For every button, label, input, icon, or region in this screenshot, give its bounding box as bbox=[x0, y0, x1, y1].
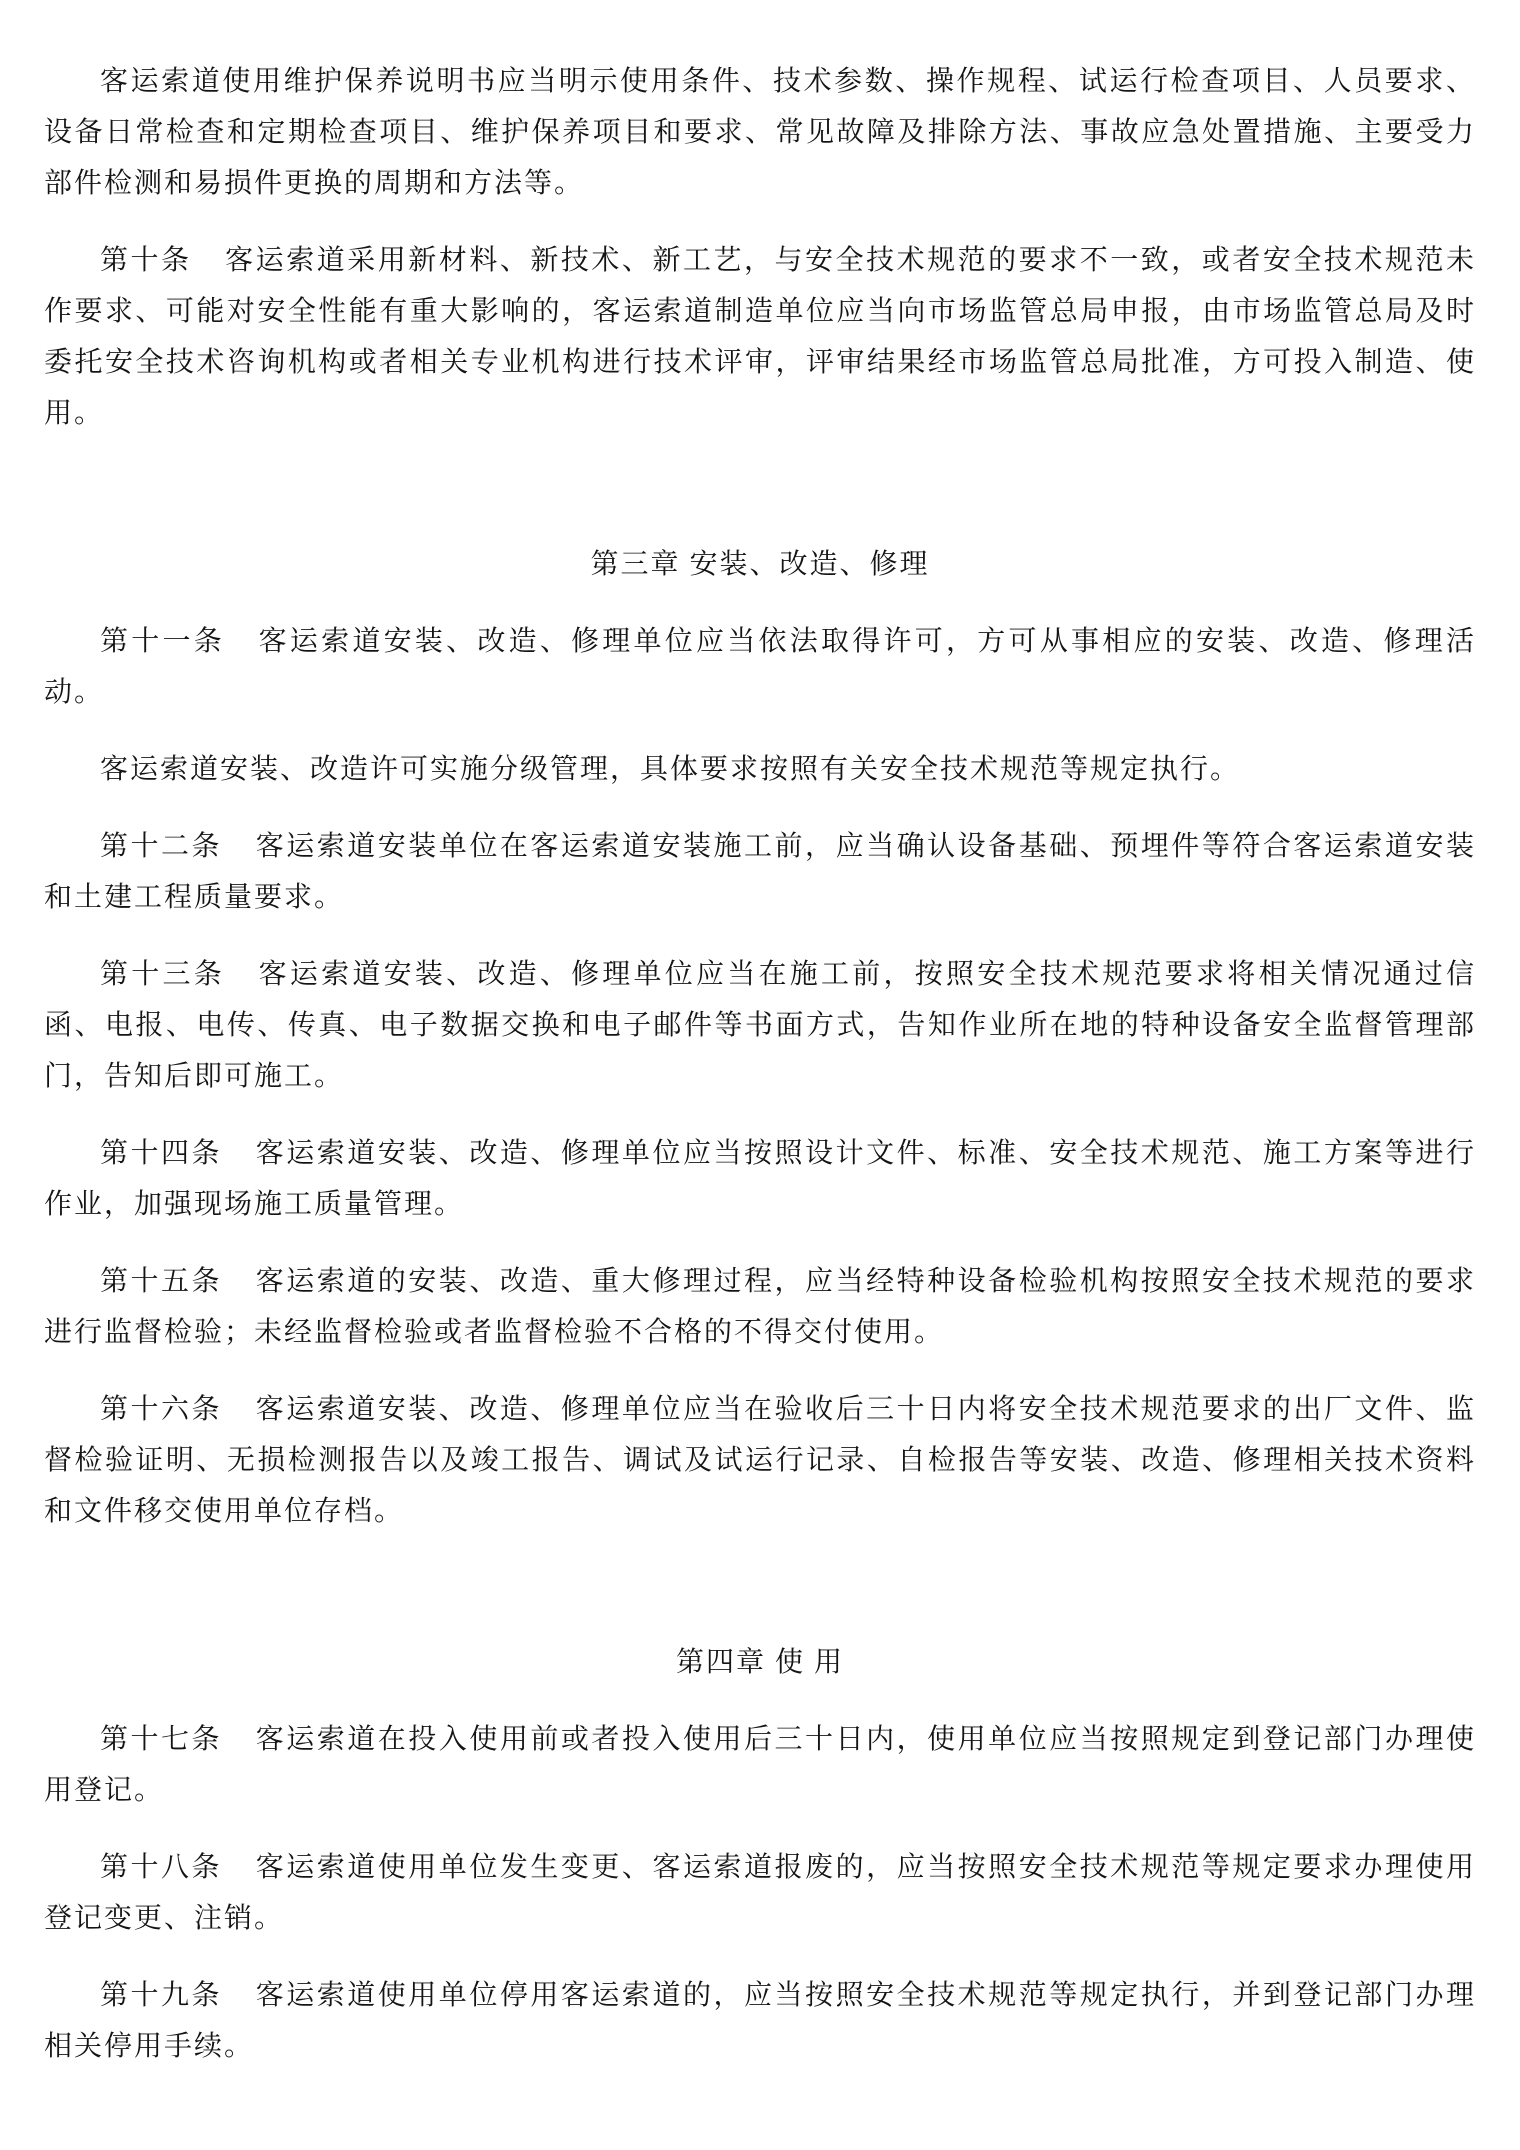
article-number: 第十二条 bbox=[100, 831, 222, 862]
paragraph-text: 客运索道安装、改造、修理单位应当在施工前，按照安全技术规范要求将相关情况通过信函… bbox=[44, 959, 1476, 1092]
article-number: 第十三条 bbox=[100, 959, 225, 990]
paragraph: 第十五条客运索道的安装、改造、重大修理过程，应当经特种设备检验机构按照安全技术规… bbox=[44, 1256, 1476, 1358]
paragraph-text: 客运索道安装、改造、修理单位应当按照设计文件、标准、安全技术规范、施工方案等进行… bbox=[44, 1138, 1476, 1220]
paragraph-text: 客运索道在投入使用前或者投入使用后三十日内，使用单位应当按照规定到登记部门办理使… bbox=[44, 1724, 1476, 1806]
paragraph-text: 客运索道安装、改造、修理单位应当依法取得许可，方可从事相应的安装、改造、修理活动… bbox=[44, 626, 1476, 708]
paragraph: 客运索道安装、改造许可实施分级管理，具体要求按照有关安全技术规范等规定执行。 bbox=[44, 744, 1476, 795]
document-page: 客运索道使用维护保养说明书应当明示使用条件、技术参数、操作规程、试运行检查项目、… bbox=[0, 0, 1520, 2150]
paragraph-text: 客运索道的安装、改造、重大修理过程，应当经特种设备检验机构按照安全技术规范的要求… bbox=[44, 1266, 1476, 1348]
paragraph: 第十一条客运索道安装、改造、修理单位应当依法取得许可，方可从事相应的安装、改造、… bbox=[44, 616, 1476, 718]
paragraph: 第十九条客运索道使用单位停用客运索道的，应当按照安全技术规范等规定执行，并到登记… bbox=[44, 1970, 1476, 2072]
article-number: 第十六条 bbox=[100, 1394, 222, 1425]
chapter-heading: 第三章 安装、改造、修理 bbox=[44, 539, 1476, 590]
article-number: 第十条 bbox=[100, 245, 192, 276]
paragraph: 第十八条客运索道使用单位发生变更、客运索道报废的，应当按照安全技术规范等规定要求… bbox=[44, 1842, 1476, 1944]
paragraph-text: 客运索道安装、改造许可实施分级管理，具体要求按照有关安全技术规范等规定执行。 bbox=[100, 754, 1240, 785]
paragraph: 第十六条客运索道安装、改造、修理单位应当在验收后三十日内将安全技术规范要求的出厂… bbox=[44, 1384, 1476, 1537]
paragraph-text: 客运索道安装单位在客运索道安装施工前，应当确认设备基础、预埋件等符合客运索道安装… bbox=[44, 831, 1476, 913]
article-number: 第十九条 bbox=[100, 1980, 222, 2011]
article-number: 第十一条 bbox=[100, 626, 225, 657]
article-number: 第十八条 bbox=[100, 1852, 222, 1883]
paragraph-text: 客运索道采用新材料、新技术、新工艺，与安全技术规范的要求不一致，或者安全技术规范… bbox=[44, 245, 1476, 429]
chapter-heading: 第四章 使 用 bbox=[44, 1637, 1476, 1688]
article-number: 第十四条 bbox=[100, 1138, 222, 1169]
paragraph-text: 客运索道使用单位停用客运索道的，应当按照安全技术规范等规定执行，并到登记部门办理… bbox=[44, 1980, 1476, 2062]
paragraph: 客运索道使用维护保养说明书应当明示使用条件、技术参数、操作规程、试运行检查项目、… bbox=[44, 56, 1476, 209]
article-number: 第十五条 bbox=[100, 1266, 222, 1297]
paragraph-text: 客运索道使用维护保养说明书应当明示使用条件、技术参数、操作规程、试运行检查项目、… bbox=[44, 66, 1476, 199]
paragraph-text: 客运索道使用单位发生变更、客运索道报废的，应当按照安全技术规范等规定要求办理使用… bbox=[44, 1852, 1476, 1934]
paragraph: 第十七条客运索道在投入使用前或者投入使用后三十日内，使用单位应当按照规定到登记部… bbox=[44, 1714, 1476, 1816]
paragraph-text: 客运索道安装、改造、修理单位应当在验收后三十日内将安全技术规范要求的出厂文件、监… bbox=[44, 1394, 1476, 1527]
paragraph: 第十二条客运索道安装单位在客运索道安装施工前，应当确认设备基础、预埋件等符合客运… bbox=[44, 821, 1476, 923]
paragraph: 第十三条客运索道安装、改造、修理单位应当在施工前，按照安全技术规范要求将相关情况… bbox=[44, 949, 1476, 1102]
paragraph: 第十条客运索道采用新材料、新技术、新工艺，与安全技术规范的要求不一致，或者安全技… bbox=[44, 235, 1476, 439]
paragraph: 第十四条客运索道安装、改造、修理单位应当按照设计文件、标准、安全技术规范、施工方… bbox=[44, 1128, 1476, 1230]
article-number: 第十七条 bbox=[100, 1724, 222, 1755]
